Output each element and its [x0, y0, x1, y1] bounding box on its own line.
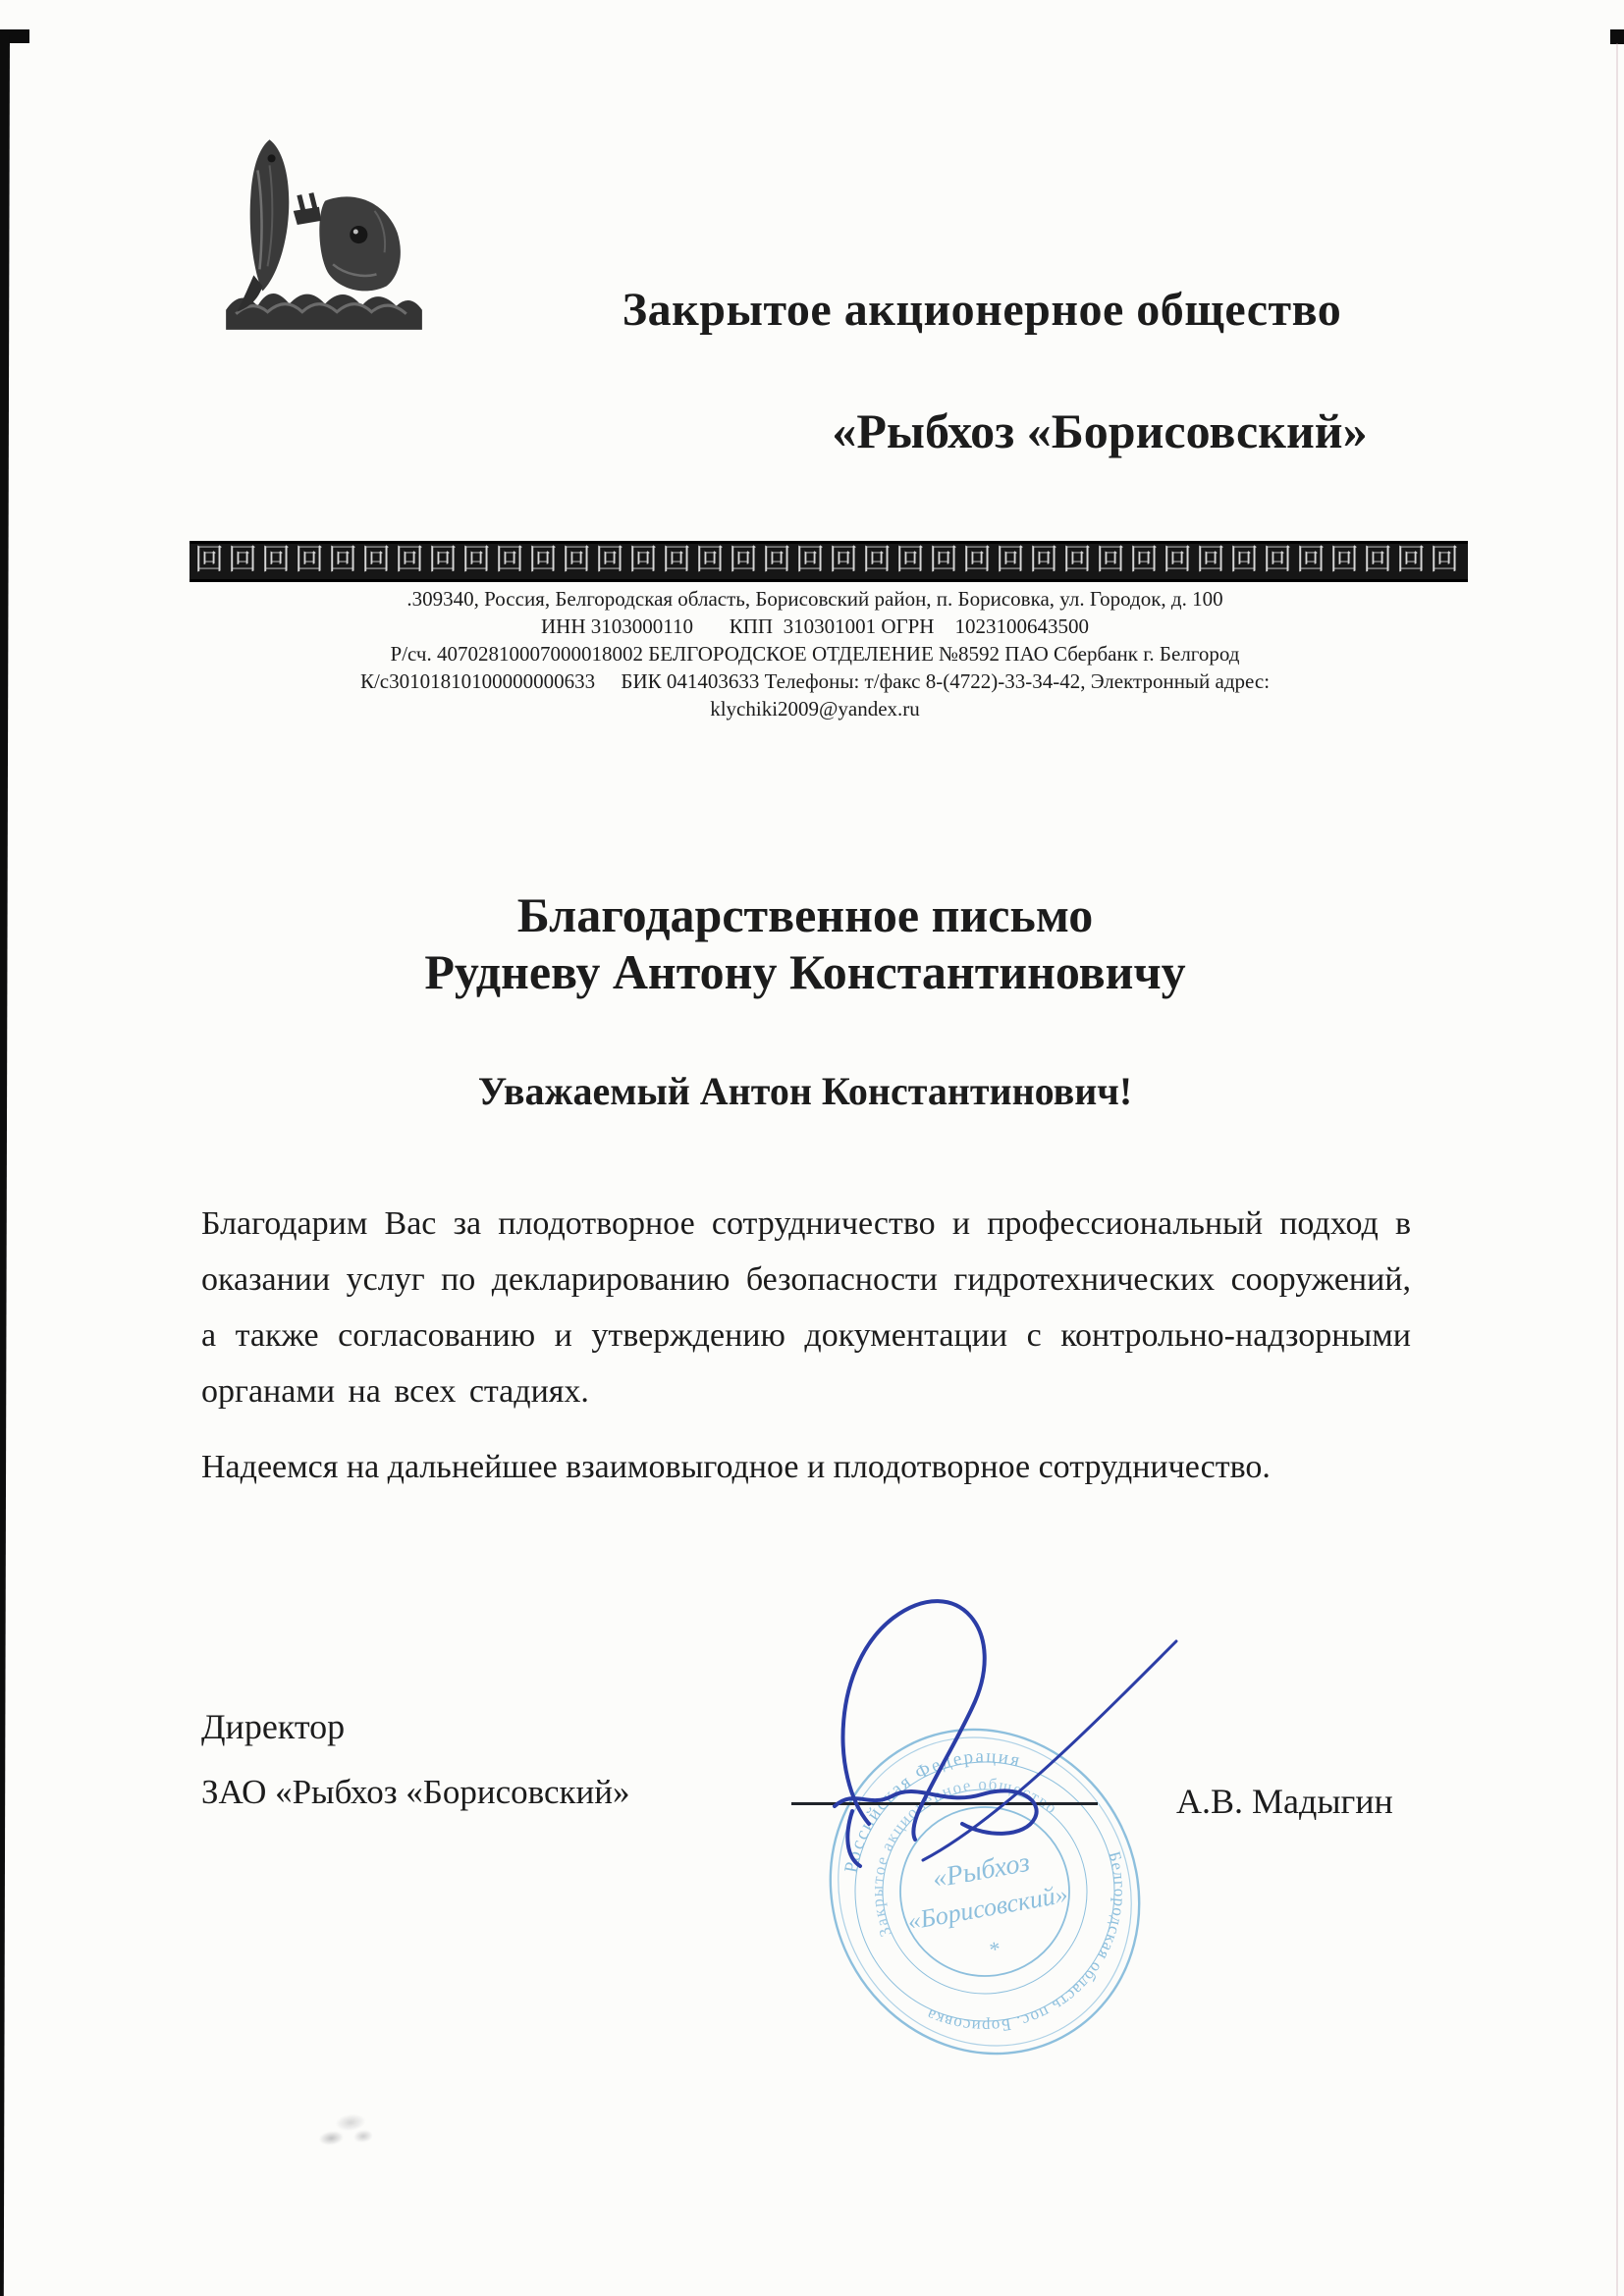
scan-artifact-top-right	[1610, 29, 1624, 44]
letter-title: Благодарственное письмо Рудневу Антону К…	[201, 886, 1409, 1000]
signer-name: А.В. Мадыгин	[1176, 1781, 1393, 1822]
body-paragraph-2: Надеемся на дальнейшее взаимовыгодное и …	[201, 1449, 1438, 1486]
body-paragraph-1: Благодарим Вас за плодотворное сотруднич…	[201, 1196, 1411, 1419]
letter-title-line1: Благодарственное письмо	[201, 886, 1409, 943]
salutation: Уважаемый Антон Константинович!	[201, 1068, 1409, 1114]
greek-key-border: 回回回回回回回回回回回回回回回回回回回回回回回回回回回回回回回回回回回回回回	[189, 541, 1468, 582]
org-name-title: «Рыбхоз «Борисовский»	[628, 402, 1571, 459]
requisites-bank-phone: К/с30101810100000000633 БИК 041403633 Те…	[157, 667, 1473, 695]
letter-title-line2: Рудневу Антону Константиновичу	[201, 943, 1409, 1000]
signer-organization: ЗАО «Рыбхоз «Борисовский»	[201, 1773, 629, 1812]
scan-artifact-left-edge	[0, 29, 10, 2296]
requisites-inn-kpp-ogrn: ИНН 3103000110 КПП 310301001 ОГРН 102310…	[157, 613, 1473, 640]
scan-artifact-right-line	[1616, 43, 1618, 2296]
handwritten-signature	[776, 1571, 1198, 1895]
org-type-title: Закрытое акционерное общество	[393, 283, 1571, 337]
requisites-email: klychiki2009@yandex.ru	[157, 695, 1473, 722]
scanned-letter-page: Закрытое акционерное общество «Рыбхоз «Б…	[0, 0, 1624, 2296]
requisites-address: .309340, Россия, Белгородская область, Б…	[157, 585, 1473, 613]
pencil-smudge	[306, 2101, 384, 2162]
signer-position: Директор	[201, 1706, 345, 1747]
company-requisites: .309340, Россия, Белгородская область, Б…	[157, 585, 1473, 722]
stamp-star: *	[988, 1936, 1002, 1962]
requisites-account: Р/сч. 40702810007000018002 БЕЛГОРОДСКОЕ …	[157, 640, 1473, 667]
